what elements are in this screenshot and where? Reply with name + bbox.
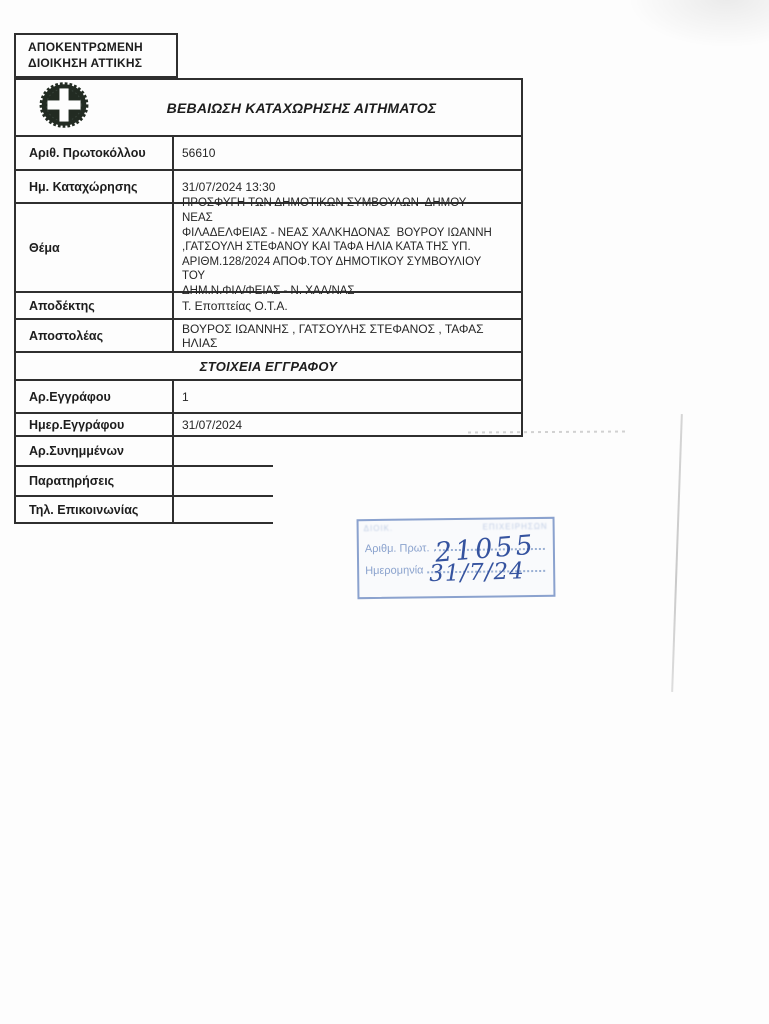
field-label: Αριθ. Πρωτοκόλλου: [16, 137, 174, 169]
field-value: 1: [174, 381, 521, 412]
table-row: Αριθ. Πρωτοκόλλου 56610: [16, 137, 523, 171]
stamp-date-label: Ημερομηνία: [365, 564, 423, 577]
table-row: Ημερ.Εγγράφου 31/07/2024: [16, 414, 523, 437]
field-value: 31/07/2024: [174, 414, 521, 435]
table-row: Αποδέκτης Τ. Εποπτείας Ο.Τ.Α.: [16, 293, 523, 320]
field-label: Τηλ. Επικοινωνίας: [16, 497, 174, 522]
table-row: Αρ.Συνημμένων: [16, 437, 273, 467]
stamp-header-illegible: ΔΙΟΙΚ. ΕΠΙΧΕΙΡΗΣΩΝ: [359, 519, 553, 533]
org-name-box: ΑΠΟΚΕΝΤΡΩΜΕΝΗ ΔΙΟΙΚΗΣΗ ΑΤΤΙΚΗΣ: [14, 33, 178, 78]
table-row: Παρατηρήσεις: [16, 467, 273, 497]
section-title: ΣΤΟΙΧΕΙΑ ΕΓΓΡΑΦΟΥ: [16, 359, 521, 374]
scanned-document-page: ΑΠΟΚΕΝΤΡΩΜΕΝΗ ΔΙΟΙΚΗΣΗ ΑΤΤΙΚΗΣ ΒΕΒΑΙΩΣΗ …: [0, 0, 769, 1024]
field-value: Τ. Εποπτείας Ο.Τ.Α.: [174, 293, 521, 318]
stamp-header-left: ΔΙΟΙΚ.: [364, 524, 394, 533]
dotted-leader: [434, 547, 545, 551]
stamp-protocol-label: Αριθμ. Πρωτ.: [365, 542, 430, 555]
stamp-date-row: Ημερομηνία: [359, 553, 553, 577]
field-value: [174, 467, 273, 495]
field-value: [174, 437, 273, 465]
table-row: Τηλ. Επικοινωνίας: [16, 497, 273, 524]
document-title: ΒΕΒΑΙΩΣΗ ΚΑΤΑΧΩΡΗΣΗΣ ΑΙΤΗΜΑΤΟΣ: [112, 100, 521, 116]
page-corner-scan-shadow: [619, 0, 769, 52]
field-value: ΠΡΟΣΦΥΓΗ ΤΩΝ ΔΗΜΟΤΙΚΩΝ ΣΥΜΒΟΥΛΩΝ ΔΗΜΟΥ Ν…: [174, 204, 521, 291]
field-value: ΒΟΥΡΟΣ ΙΩΑΝΝΗΣ , ΓΑΤΣΟΥΛΗΣ ΣΤΕΦΑΝΟΣ , ΤΑ…: [174, 320, 521, 351]
field-label: Αρ.Συνημμένων: [16, 437, 174, 465]
field-label: Αποδέκτης: [16, 293, 174, 318]
table-row: Αποστολέας ΒΟΥΡΟΣ ΙΩΑΝΝΗΣ , ΓΑΤΣΟΥΛΗΣ ΣΤ…: [16, 320, 523, 353]
stamp-protocol-row: Αριθμ. Πρωτ.: [359, 531, 553, 555]
table-row: Θέμα ΠΡΟΣΦΥΓΗ ΤΩΝ ΔΗΜΟΤΙΚΩΝ ΣΥΜΒΟΥΛΩΝ ΔΗ…: [16, 204, 523, 293]
field-label: Θέμα: [16, 204, 174, 291]
org-name-line2: ΔΙΟΙΚΗΣΗ ΑΤΤΙΚΗΣ: [28, 55, 172, 71]
greek-government-emblem-icon: [37, 81, 91, 134]
field-label: Αρ.Εγγράφου: [16, 381, 174, 412]
section-header-row: ΣΤΟΙΧΕΙΑ ΕΓΓΡΑΦΟΥ: [16, 353, 523, 381]
field-value: [174, 497, 273, 522]
field-value: 56610: [174, 137, 521, 169]
stamp-header-right: ΕΠΙΧΕΙΡΗΣΩΝ: [483, 522, 548, 532]
dotted-leader: [427, 569, 545, 573]
field-label: Αποστολέας: [16, 320, 174, 351]
table-row: Αρ.Εγγράφου 1: [16, 381, 523, 414]
registration-table: ΒΕΒΑΙΩΣΗ ΚΑΤΑΧΩΡΗΣΗΣ ΑΙΤΗΜΑΤΟΣ Αριθ. Πρω…: [14, 78, 523, 524]
table-header-row: ΒΕΒΑΙΩΣΗ ΚΑΤΑΧΩΡΗΣΗΣ ΑΙΤΗΜΑΤΟΣ: [16, 80, 523, 137]
field-label: Ημ. Καταχώρησης: [16, 171, 174, 202]
field-label: Παρατηρήσεις: [16, 467, 174, 495]
protocol-stamp: ΔΙΟΙΚ. ΕΠΙΧΕΙΡΗΣΩΝ Αριθμ. Πρωτ. Ημερομην…: [357, 517, 556, 599]
scan-line-artifact: [671, 414, 682, 692]
emblem-container: [16, 80, 112, 135]
field-label: Ημερ.Εγγράφου: [16, 414, 174, 435]
org-name-line1: ΑΠΟΚΕΝΤΡΩΜΕΝΗ: [28, 39, 172, 55]
